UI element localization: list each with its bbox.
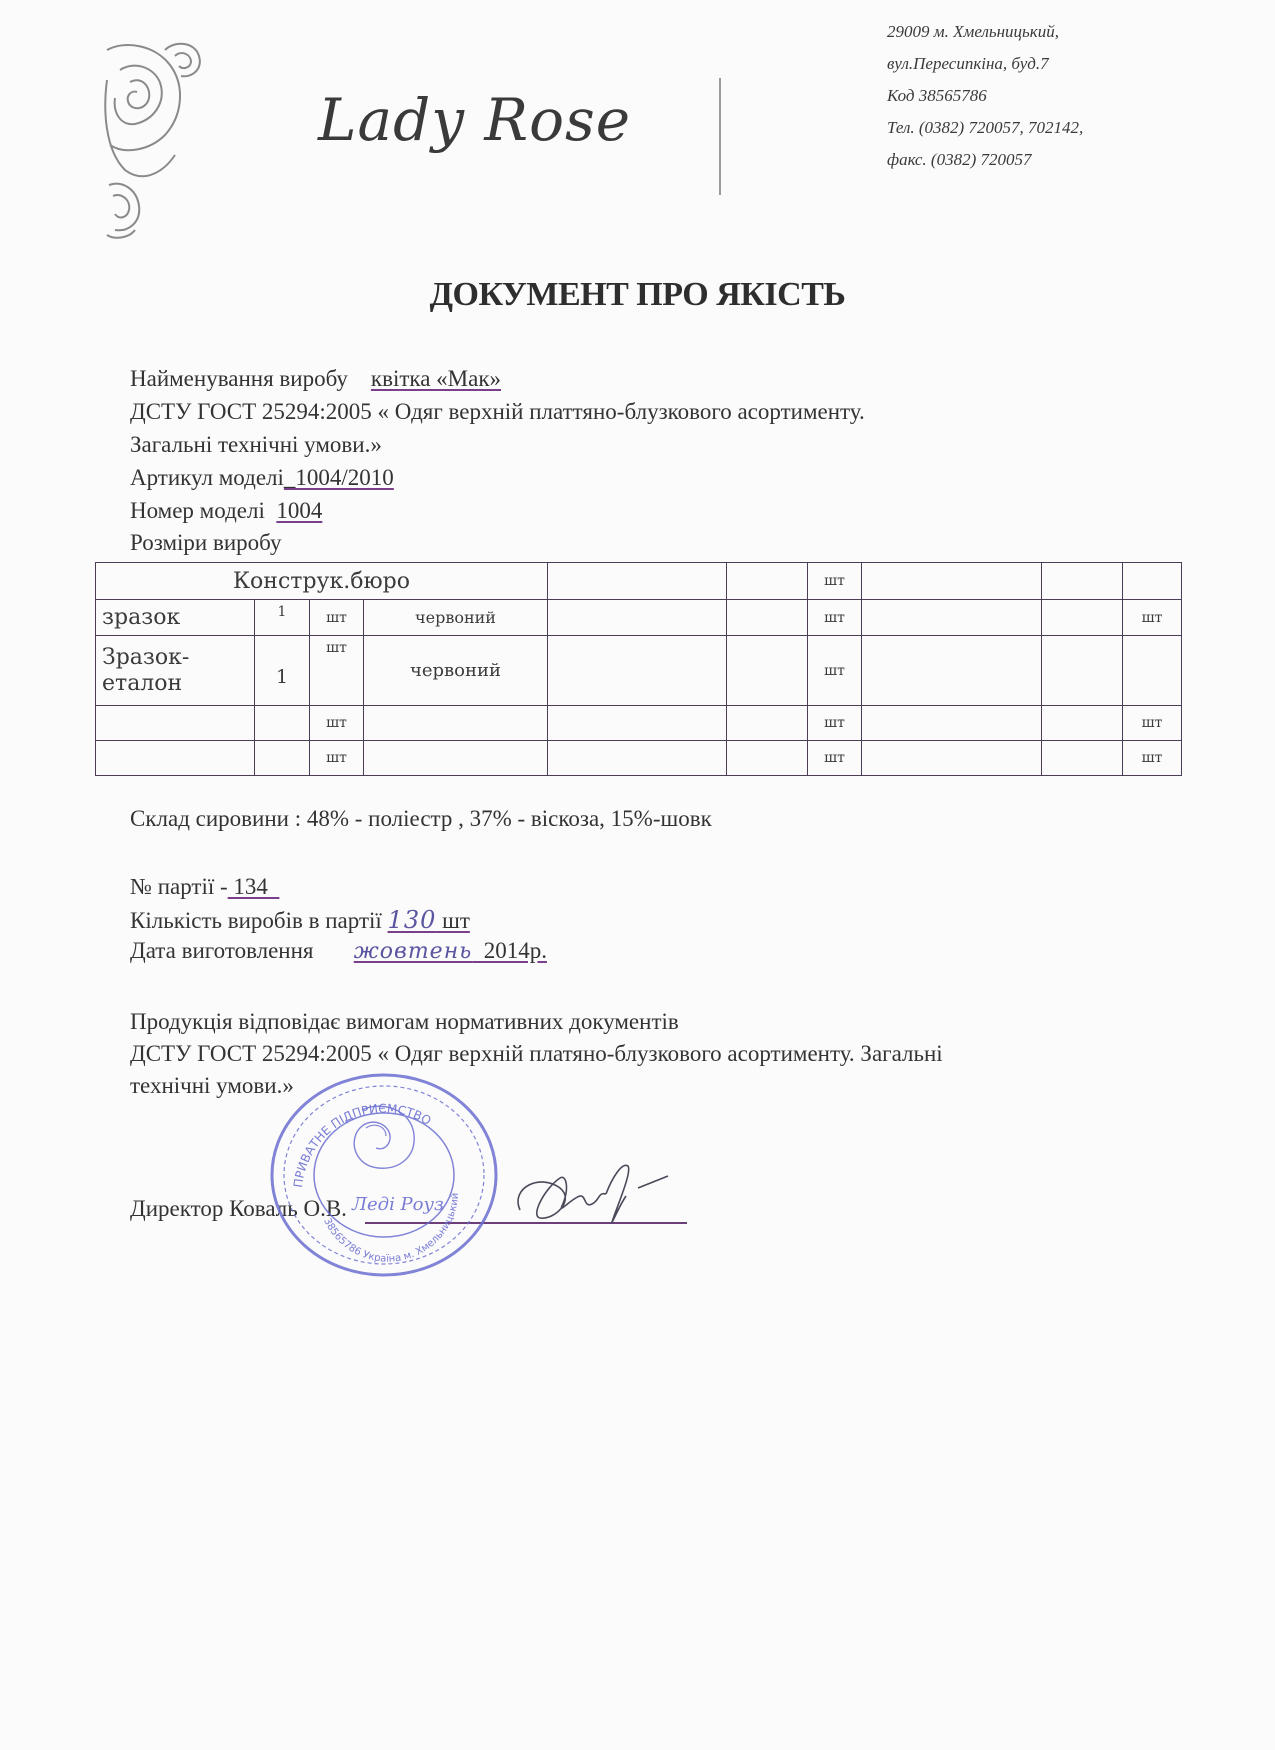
table-cell bbox=[548, 563, 727, 600]
address-line-street: вул.Пересипкіна, буд.7 bbox=[887, 48, 1083, 80]
conformity-line-2: ДСТУ ГОСТ 25294:2005 « Одяг верхній плат… bbox=[130, 1041, 943, 1067]
article-label: Артикул моделі bbox=[130, 465, 284, 490]
qty-cell bbox=[255, 741, 310, 776]
manufacture-date-label: Дата виготовлення bbox=[130, 938, 314, 963]
row-name-cell bbox=[96, 741, 255, 776]
batch-number-row: № партії - 134 bbox=[130, 874, 279, 900]
table-cell bbox=[862, 741, 1042, 776]
table-cell bbox=[727, 600, 808, 636]
unit-cell: шт bbox=[808, 706, 862, 741]
article-row: Артикул моделі_1004/2010 bbox=[130, 465, 394, 491]
table-cell bbox=[1042, 600, 1123, 636]
model-number-value: 1004 bbox=[276, 498, 322, 523]
composition-line: Склад сировини : 48% - поліестр , 37% - … bbox=[130, 806, 712, 832]
table-cell bbox=[548, 741, 727, 776]
batch-quantity-row: Кількість виробів в партії 130 шт bbox=[130, 906, 470, 934]
signature-icon bbox=[500, 1148, 670, 1238]
batch-quantity-unit: шт bbox=[436, 908, 470, 933]
company-address: 29009 м. Хмельницький, вул.Пересипкіна, … bbox=[887, 16, 1083, 176]
table-row: шт шт шт bbox=[96, 741, 1182, 776]
batch-quantity-label: Кількість виробів в партії bbox=[130, 908, 382, 933]
address-line-fax: факс. (0382) 720057 bbox=[887, 144, 1083, 176]
conformity-line-1: Продукція відповідає вимогам нормативних… bbox=[130, 1009, 679, 1035]
unit-cell: шт bbox=[808, 636, 862, 706]
manufacture-date-field: жовтень 2014р. bbox=[354, 938, 547, 963]
document-title: ДОКУМЕНТ ПРО ЯКІСТЬ bbox=[0, 276, 1275, 314]
product-name-label: Найменування виробу bbox=[130, 366, 348, 391]
unit-cell: шт bbox=[808, 741, 862, 776]
table-header-row: Конструк.бюро шт bbox=[96, 563, 1182, 600]
unit-cell: шт bbox=[310, 636, 364, 706]
table-cell bbox=[862, 706, 1042, 741]
standard-line-2: Загальні технічні умови.» bbox=[130, 432, 382, 458]
table-cell bbox=[548, 706, 727, 741]
table-cell bbox=[727, 741, 808, 776]
product-name-row: Найменування виробу квітка «Мак» bbox=[130, 366, 501, 392]
table-cell bbox=[862, 600, 1042, 636]
row-name-cell: Зразок-еталон bbox=[96, 636, 255, 706]
table-cell bbox=[548, 636, 727, 706]
unit-cell: шт bbox=[1123, 741, 1182, 776]
qty-cell bbox=[255, 706, 310, 741]
model-number-row: Номер моделі 1004 bbox=[130, 498, 322, 524]
sizes-label: Розміри виробу bbox=[130, 530, 281, 556]
standard-line-1: ДСТУ ГОСТ 25294:2005 « Одяг верхній плат… bbox=[130, 399, 865, 425]
unit-cell: шт bbox=[808, 600, 862, 636]
qty-cell: 1 bbox=[255, 600, 310, 636]
unit-cell: шт bbox=[310, 706, 364, 741]
unit-cell: шт bbox=[1123, 706, 1182, 741]
row-name-cell bbox=[96, 706, 255, 741]
model-number-label: Номер моделі bbox=[130, 498, 265, 523]
row-name-cell: зразок bbox=[96, 600, 255, 636]
brand-logo: Lady Rose bbox=[318, 86, 631, 154]
address-line-code: Код 38565786 bbox=[887, 80, 1083, 112]
article-value: _1004/2010 bbox=[284, 465, 394, 490]
batch-number-label: № партії - bbox=[130, 874, 228, 899]
batch-quantity-field: 130 шт bbox=[388, 908, 470, 933]
address-line-city: 29009 м. Хмельницький, bbox=[887, 16, 1083, 48]
table-cell bbox=[1123, 563, 1182, 600]
table-row: шт шт шт bbox=[96, 706, 1182, 741]
table-row: зразок 1 шт червоний шт шт bbox=[96, 600, 1182, 636]
color-cell bbox=[364, 706, 548, 741]
unit-cell: шт bbox=[808, 563, 862, 600]
table-cell bbox=[1042, 741, 1123, 776]
table-cell bbox=[862, 563, 1042, 600]
color-cell: червоний bbox=[364, 600, 548, 636]
table-cell bbox=[727, 563, 808, 600]
unit-cell: шт bbox=[310, 741, 364, 776]
product-name-value: квітка «Мак» bbox=[371, 366, 501, 391]
sizes-table: Конструк.бюро шт зразок 1 шт червоний шт… bbox=[95, 562, 1182, 776]
table-cell bbox=[862, 636, 1042, 706]
table-cell bbox=[548, 600, 727, 636]
unit-cell: шт bbox=[310, 600, 364, 636]
rose-ornament-icon bbox=[95, 20, 215, 245]
table-cell bbox=[727, 706, 808, 741]
color-cell: червоний bbox=[364, 636, 548, 706]
table-cell bbox=[1042, 636, 1123, 706]
unit-cell bbox=[1123, 636, 1182, 706]
batch-quantity-handwritten: 130 bbox=[388, 906, 437, 934]
table-cell bbox=[1042, 706, 1123, 741]
unit-cell: шт bbox=[1123, 600, 1182, 636]
company-stamp-icon: ПРИВАТНЕ ПІДПРИЄМСТВО 38565786 Україна м… bbox=[262, 1070, 502, 1280]
table-cell bbox=[1042, 563, 1123, 600]
table-row: Зразок-еталон 1 шт червоний шт bbox=[96, 636, 1182, 706]
table-cell bbox=[727, 636, 808, 706]
address-line-phone: Тел. (0382) 720057, 702142, bbox=[887, 112, 1083, 144]
manufacture-year: 2014р. bbox=[472, 938, 547, 963]
manufacture-month-handwritten: жовтень bbox=[354, 939, 472, 964]
stamp-text-center: Леді Роуз bbox=[351, 1194, 444, 1215]
header-cell-design-bureau: Конструк.бюро bbox=[96, 563, 548, 600]
stamp-text-top: ПРИВАТНЕ ПІДПРИЄМСТВО bbox=[291, 1101, 434, 1188]
header-divider bbox=[719, 78, 721, 195]
color-cell bbox=[364, 741, 548, 776]
qty-cell: 1 bbox=[255, 636, 310, 706]
batch-number-value: 134 bbox=[228, 874, 280, 899]
manufacture-date-row: Дата виготовлення жовтень 2014р. bbox=[130, 938, 547, 964]
